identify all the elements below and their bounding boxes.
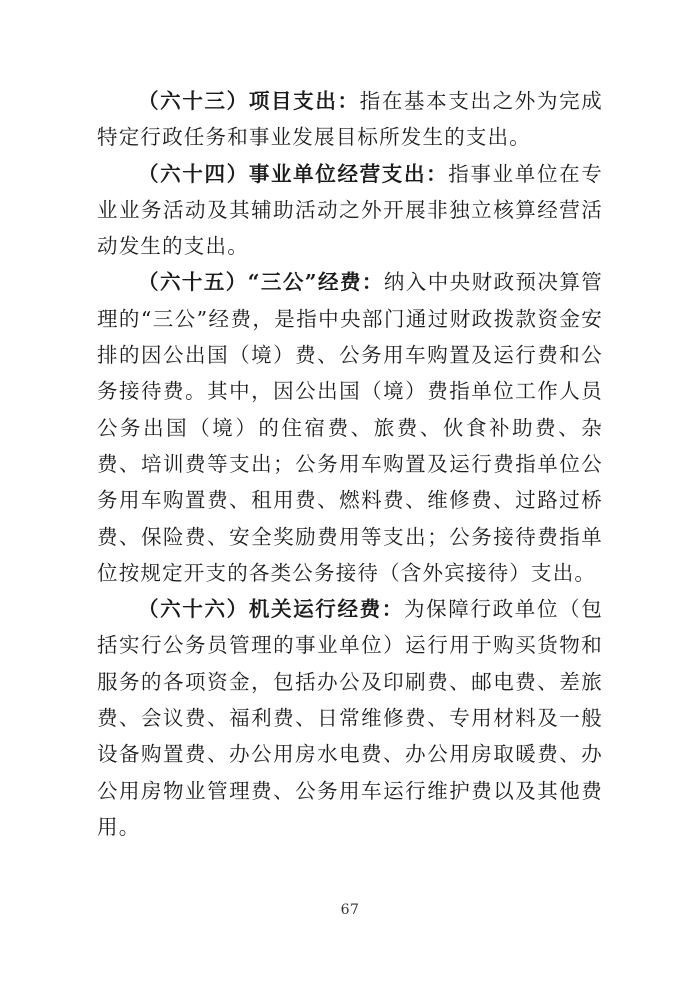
document-content: （六十三）项目支出：指在基本支出之外为完成特定行政任务和事业发展目标所发生的支出… <box>97 83 603 845</box>
document-page: （六十三）项目支出：指在基本支出之外为完成特定行政任务和事业发展目标所发生的支出… <box>0 0 700 989</box>
paragraph-65-three-public-funds: （六十五）“三公”经费：纳入中央财政预决算管理的“三公”经费，是指中央部门通过财… <box>97 264 603 591</box>
term-heading: （六十六）机关运行经费： <box>138 597 404 621</box>
paragraph-66-agency-operating-funds: （六十六）机关运行经费：为保障行政单位（包括实行公务员管理的事业单位）运行用于购… <box>97 591 603 845</box>
term-heading: （六十三）项目支出： <box>138 89 360 113</box>
term-definition: 纳入中央财政预决算管理的“三公”经费，是指中央部门通过财政拨款资金安排的因公出国… <box>97 270 603 584</box>
paragraph-63-project-expenditure: （六十三）项目支出：指在基本支出之外为完成特定行政任务和事业发展目标所发生的支出… <box>97 83 603 156</box>
page-number: 67 <box>0 902 700 918</box>
paragraph-64-institution-operating-expenditure: （六十四）事业单位经营支出：指事业单位在专业业务活动及其辅助活动之外开展非独立核… <box>97 156 603 265</box>
term-heading: （六十四）事业单位经营支出： <box>138 162 448 186</box>
term-definition: 为保障行政单位（包括实行公务员管理的事业单位）运行用于购买货物和服务的各项资金，… <box>97 597 603 839</box>
term-heading: （六十五）“三公”经费： <box>138 270 384 294</box>
